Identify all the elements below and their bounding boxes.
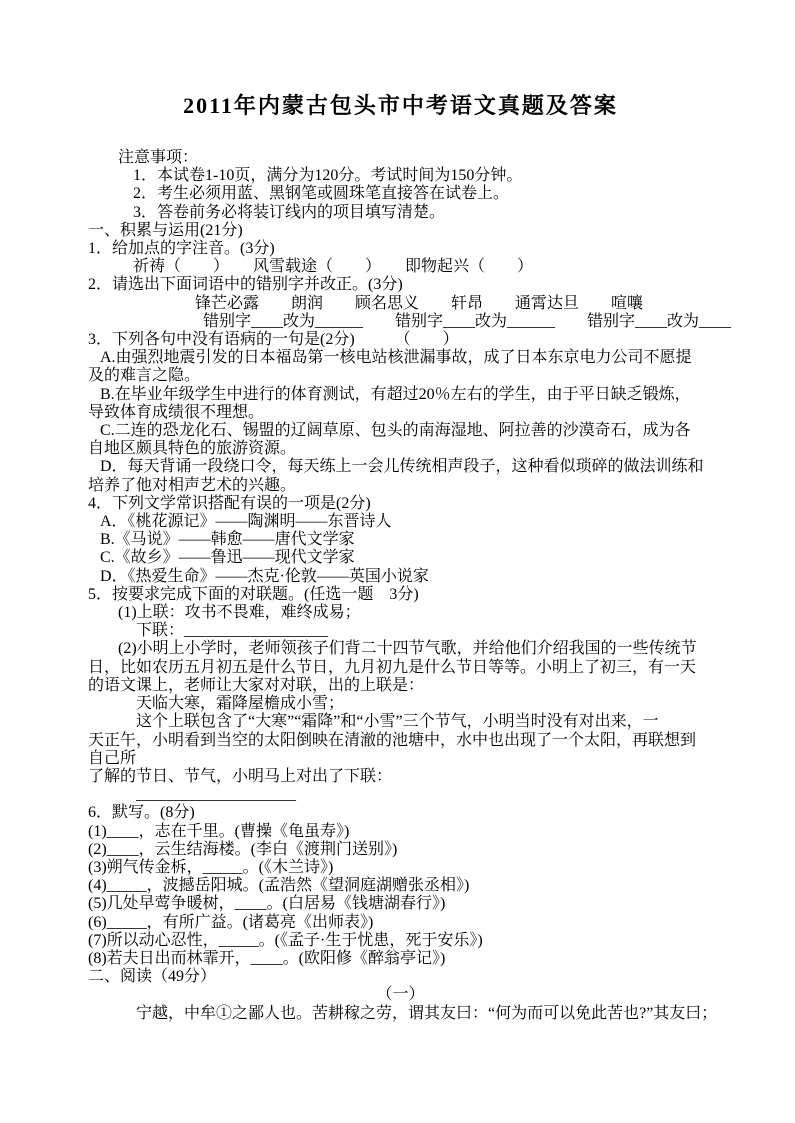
doc-line: 导致体育成绩很不理想。 xyxy=(88,404,713,422)
doc-line: (6)_____，有所广益。(诸葛亮《出师表》) xyxy=(88,914,713,932)
doc-line: B.在毕业年级学生中进行的体育测试，有超过20％左右的学生，由于平日缺乏锻炼， xyxy=(88,386,713,404)
doc-line: 培养了他对相声艺术的兴趣。 xyxy=(88,477,713,495)
doc-line: ____________________ xyxy=(88,786,713,804)
doc-line: A．《桃花源记》——陶渊明——东晋诗人 xyxy=(88,513,713,531)
doc-line: A.由强烈地震引发的日本福岛第一核电站核泄漏事故，成了日本东京电力公司不愿提 xyxy=(88,349,713,367)
page-title: 2011年内蒙古包头市中考语文真题及答案 xyxy=(88,94,713,118)
doc-line: （一） xyxy=(88,986,713,1004)
doc-line: 了解的节日、节气，小明马上对出了下联： xyxy=(88,768,713,786)
doc-line: 3．答卷前务必将装订线内的项目填写清楚。 xyxy=(88,204,713,222)
doc-line: 错别字____改为______ 错别字____改为______ 错别字____改… xyxy=(88,313,713,331)
doc-line: (3)朔气传金柝，_____。(《木兰诗》) xyxy=(88,859,713,877)
doc-line: 的语文课上，老师让大家对对联，出的上联是： xyxy=(88,677,713,695)
doc-line: 5．按要求完成下面的对联题。(任选一题 3分) xyxy=(88,586,713,604)
doc-line: 3．下列各句中没有语病的一句是(2分) （ ） xyxy=(88,331,713,349)
doc-line: 自己所 xyxy=(88,750,713,768)
doc-line: 及的难言之隐。 xyxy=(88,367,713,385)
doc-line: C.二连的恐龙化石、锡盟的辽阔草原、包头的南海湿地、阿拉善的沙漠奇石，成为各 xyxy=(88,422,713,440)
doc-line: 祈祷（ ） 风雪载途（ ） 即物起兴（ ） xyxy=(88,258,713,276)
doc-line: 自地区颇具特色的旅游资源。 xyxy=(88,440,713,458)
doc-line: D．每天背诵一段绕口令，每天练上一会儿传统相声段子，这种看似琐碎的做法训练和 xyxy=(88,458,713,476)
doc-line: 4．下列文学常识搭配有误的一项是(2分) xyxy=(88,495,713,513)
doc-line: (2)小明上小学时，老师领孩子们背二十四节气歌，并给他们介绍我国的一些传统节 xyxy=(88,640,713,658)
doc-line: 1．本试卷1-10页，满分为120分。考试时间为150分钟。 xyxy=(88,167,713,185)
doc-line: 天正午，小明看到当空的太阳倒映在清澈的池塘中，水中也出现了一个太阳，再联想到 xyxy=(88,732,713,750)
doc-line: (5)几处早莺争暖树，____。(白居易《钱塘湖春行》) xyxy=(88,895,713,913)
doc-line: 6．默写。(8分) xyxy=(88,804,713,822)
doc-line: (7)所以动心忍性，_____。(《孟子·生于忧患，死于安乐》) xyxy=(88,932,713,950)
doc-line: 这个上联包含了“大寒”“霜降”和“小雪”三个节气，小明当时没有对出来，一 xyxy=(88,713,713,731)
exam-paper: 2011年内蒙古包头市中考语文真题及答案 注意事项：1．本试卷1-10页，满分为… xyxy=(88,94,713,1023)
doc-line: 一、积累与运用(21分) xyxy=(88,222,713,240)
doc-line: 2．考生必须用蓝、黑钢笔或圆珠笔直接答在试卷上。 xyxy=(88,185,713,203)
doc-line: B.《马说》——韩愈——唐代文学家 xyxy=(88,531,713,549)
document-page: 2011年内蒙古包头市中考语文真题及答案 注意事项：1．本试卷1-10页，满分为… xyxy=(0,0,795,1123)
doc-line: 1．给加点的字注音。(3分) xyxy=(88,240,713,258)
doc-line: C.《故乡》——鲁迅——现代文学家 xyxy=(88,549,713,567)
doc-line: 注意事项： xyxy=(88,149,713,167)
doc-line: (1)____，志在千里。(曹操《龟虽寿》) xyxy=(88,823,713,841)
doc-line: 下联：__________________ xyxy=(88,622,713,640)
doc-body: 注意事项：1．本试卷1-10页，满分为120分。考试时间为150分钟。2．考生必… xyxy=(88,149,713,1023)
doc-line: D．《热爱生命》——杰克·伦敦——英国小说家 xyxy=(88,568,713,586)
doc-line: 2．请选出下面词语中的错别字并改正。(3分) xyxy=(88,276,713,294)
doc-line: 日，比如农历五月初五是什么节日，九月初九是什么节日等等。小明上了初三，有一天 xyxy=(88,659,713,677)
doc-line: (1)上联：攻书不畏难，难终成易； xyxy=(88,604,713,622)
doc-line: 二、阅读（49分） xyxy=(88,968,713,986)
doc-line: (4)_____，波撼岳阳城。(孟浩然《望洞庭湖赠张丞相》) xyxy=(88,877,713,895)
doc-line: 天临大寒，霜降屋檐成小雪； xyxy=(88,695,713,713)
doc-line: (8)若夫日出而林霏开，____。(欧阳修《醉翁亭记》) xyxy=(88,950,713,968)
doc-line: 锋芒必露 朗润 顾名思义 轩昂 通霄达旦 喧嚷 xyxy=(88,295,713,313)
doc-line: 宁越，中牟①之鄙人也。苦耕稼之劳，谓其友曰：“何为而可以免此苦也?”其友曰； xyxy=(88,1005,713,1023)
doc-line: (2)____，云生结海楼。(李白《渡荆门送别》) xyxy=(88,841,713,859)
